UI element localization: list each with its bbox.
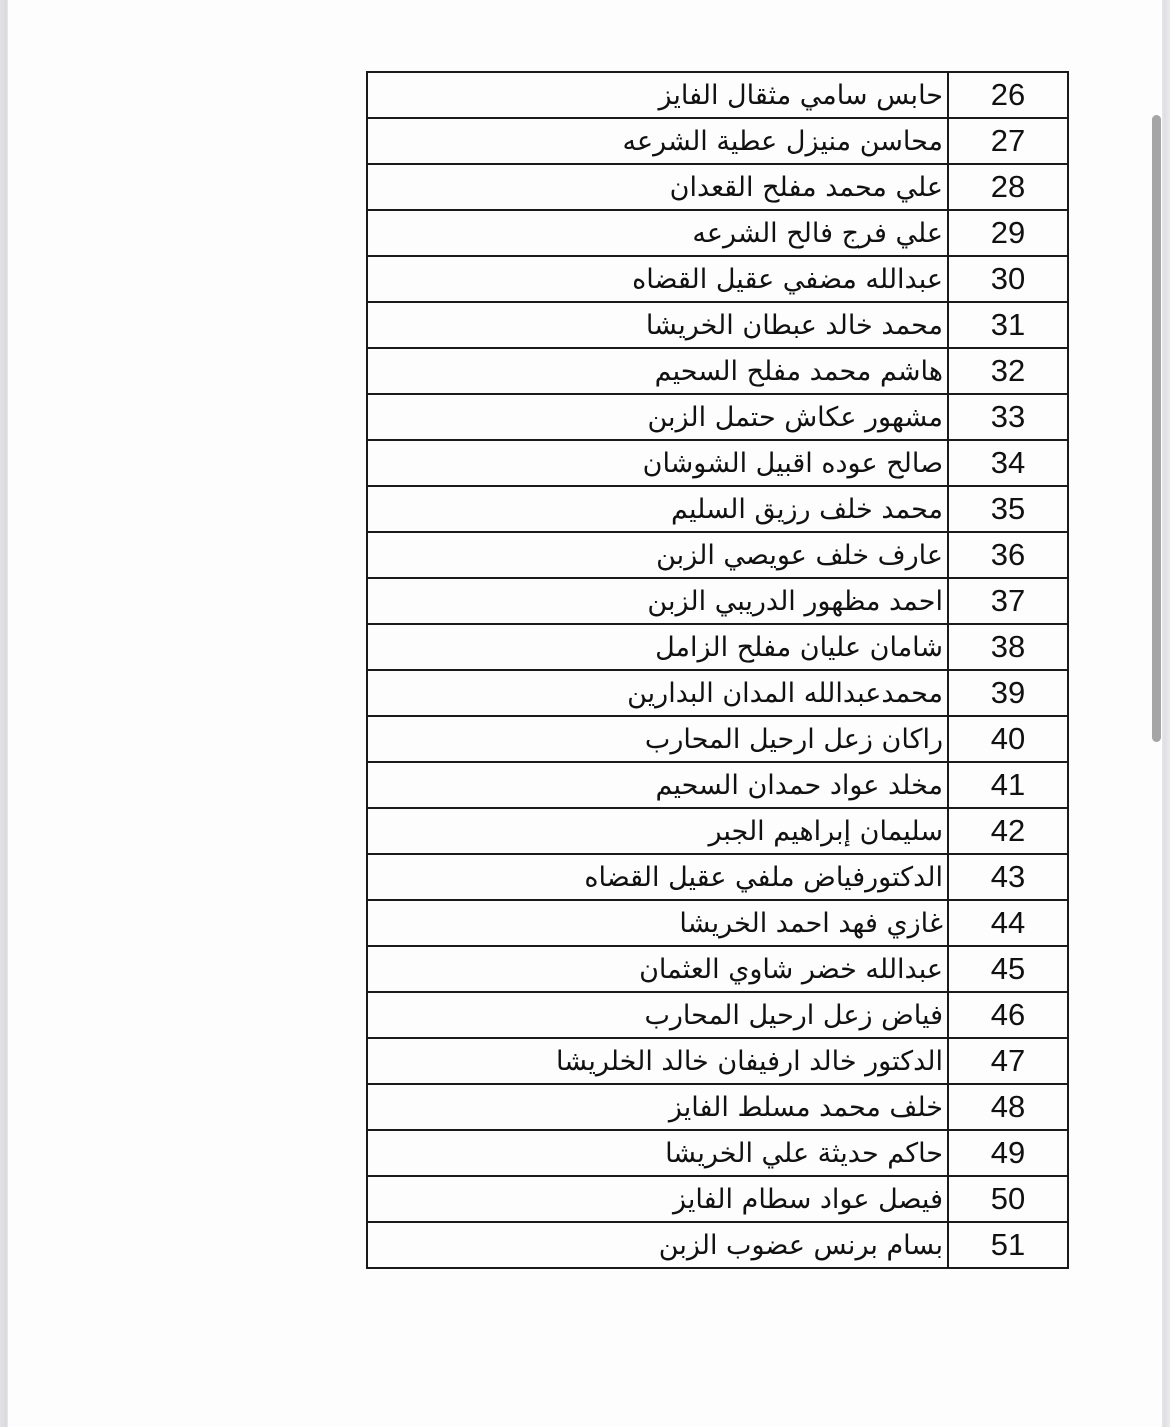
table-row: 34صالح عوده اقبيل الشوشان	[367, 440, 1068, 486]
row-number: 45	[948, 946, 1068, 992]
table-row: 40راكان زعل ارحيل المحارب	[367, 716, 1068, 762]
row-name: بسام برنس عضوب الزبن	[367, 1222, 948, 1268]
row-number: 43	[948, 854, 1068, 900]
row-name: خلف محمد مسلط الفايز	[367, 1084, 948, 1130]
table-row: 38شامان عليان مفلح الزامل	[367, 624, 1068, 670]
row-number: 34	[948, 440, 1068, 486]
table-row: 47الدكتور خالد ارفيفان خالد الخلريشا	[367, 1038, 1068, 1084]
row-name: مشهور عكاش حتمل الزبن	[367, 394, 948, 440]
row-name: احمد مظهور الدريبي الزبن	[367, 578, 948, 624]
row-name: عارف خلف عويصي الزبن	[367, 532, 948, 578]
table-row: 29علي فرج فالح الشرعه	[367, 210, 1068, 256]
row-number: 28	[948, 164, 1068, 210]
row-name: صالح عوده اقبيل الشوشان	[367, 440, 948, 486]
table-row: 51بسام برنس عضوب الزبن	[367, 1222, 1068, 1268]
row-number: 32	[948, 348, 1068, 394]
vertical-scrollbar[interactable]	[1152, 115, 1161, 742]
row-name: راكان زعل ارحيل المحارب	[367, 716, 948, 762]
row-name: محمد خالد عبطان الخريشا	[367, 302, 948, 348]
row-number: 39	[948, 670, 1068, 716]
table-row: 46فياض زعل ارحيل المحارب	[367, 992, 1068, 1038]
row-number: 49	[948, 1130, 1068, 1176]
row-name: غازي فهد احمد الخريشا	[367, 900, 948, 946]
row-name: عبدالله مضفي عقيل القضاه	[367, 256, 948, 302]
row-name: علي فرج فالح الشرعه	[367, 210, 948, 256]
table-row: 27محاسن منيزل عطية الشرعه	[367, 118, 1068, 164]
row-name: الدكتورفياض ملفي عقيل القضاه	[367, 854, 948, 900]
table-row: 31محمد خالد عبطان الخريشا	[367, 302, 1068, 348]
row-number: 48	[948, 1084, 1068, 1130]
names-table: 26حابس سامي مثقال الفايز 27محاسن منيزل ع…	[366, 71, 1069, 1269]
table-row: 33مشهور عكاش حتمل الزبن	[367, 394, 1068, 440]
table-row: 28علي محمد مفلح القعدان	[367, 164, 1068, 210]
row-name: علي محمد مفلح القعدان	[367, 164, 948, 210]
row-number: 37	[948, 578, 1068, 624]
row-name: هاشم محمد مفلح السحيم	[367, 348, 948, 394]
names-table-body: 26حابس سامي مثقال الفايز 27محاسن منيزل ع…	[367, 72, 1068, 1268]
table-row: 35محمد خلف رزيق السليم	[367, 486, 1068, 532]
page-right-edge	[1162, 0, 1170, 1427]
row-number: 31	[948, 302, 1068, 348]
row-number: 50	[948, 1176, 1068, 1222]
table-row: 41مخلد عواد حمدان السحيم	[367, 762, 1068, 808]
row-number: 42	[948, 808, 1068, 854]
row-number: 36	[948, 532, 1068, 578]
row-number: 46	[948, 992, 1068, 1038]
table-row: 44غازي فهد احمد الخريشا	[367, 900, 1068, 946]
row-name: فيصل عواد سطام الفايز	[367, 1176, 948, 1222]
table-row: 48خلف محمد مسلط الفايز	[367, 1084, 1068, 1130]
row-name: شامان عليان مفلح الزامل	[367, 624, 948, 670]
row-number: 30	[948, 256, 1068, 302]
row-number: 29	[948, 210, 1068, 256]
row-name: محمد خلف رزيق السليم	[367, 486, 948, 532]
table-row: 26حابس سامي مثقال الفايز	[367, 72, 1068, 118]
row-number: 35	[948, 486, 1068, 532]
row-name: حابس سامي مثقال الفايز	[367, 72, 948, 118]
table-row: 39محمدعبدالله المدان البدارين	[367, 670, 1068, 716]
row-number: 33	[948, 394, 1068, 440]
table-row: 42سليمان إبراهيم الجبر	[367, 808, 1068, 854]
row-name: حاكم حديثة علي الخريشا	[367, 1130, 948, 1176]
table-row: 43الدكتورفياض ملفي عقيل القضاه	[367, 854, 1068, 900]
table-row: 37احمد مظهور الدريبي الزبن	[367, 578, 1068, 624]
row-name: محمدعبدالله المدان البدارين	[367, 670, 948, 716]
row-number: 40	[948, 716, 1068, 762]
page-left-edge	[0, 0, 8, 1427]
table-row: 36عارف خلف عويصي الزبن	[367, 532, 1068, 578]
row-number: 26	[948, 72, 1068, 118]
row-name: فياض زعل ارحيل المحارب	[367, 992, 948, 1038]
row-number: 47	[948, 1038, 1068, 1084]
row-name: محاسن منيزل عطية الشرعه	[367, 118, 948, 164]
table-row: 50فيصل عواد سطام الفايز	[367, 1176, 1068, 1222]
table-row: 45عبدالله خضر شاوي العثمان	[367, 946, 1068, 992]
row-number: 27	[948, 118, 1068, 164]
row-number: 44	[948, 900, 1068, 946]
row-number: 38	[948, 624, 1068, 670]
row-number: 51	[948, 1222, 1068, 1268]
row-number: 41	[948, 762, 1068, 808]
table-row: 30عبدالله مضفي عقيل القضاه	[367, 256, 1068, 302]
table-row: 49حاكم حديثة علي الخريشا	[367, 1130, 1068, 1176]
row-name: سليمان إبراهيم الجبر	[367, 808, 948, 854]
row-name: عبدالله خضر شاوي العثمان	[367, 946, 948, 992]
row-name: الدكتور خالد ارفيفان خالد الخلريشا	[367, 1038, 948, 1084]
table-row: 32هاشم محمد مفلح السحيم	[367, 348, 1068, 394]
row-name: مخلد عواد حمدان السحيم	[367, 762, 948, 808]
